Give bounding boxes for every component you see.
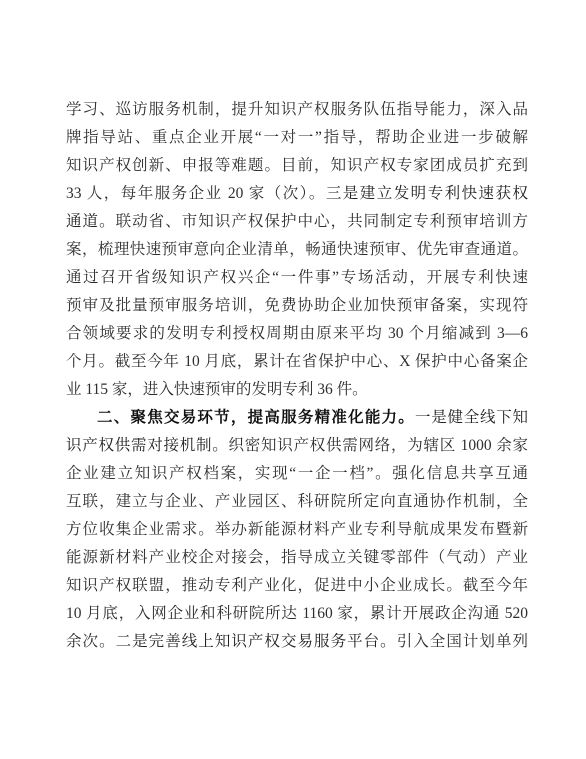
body-text-segment: 个月。截至今年 10 月底，累计在省保护中心、X 保护中心备案企	[66, 353, 528, 370]
body-text-segment: 通过召开省级知识产权兴企“一件事”专场活动，开展专利快速	[66, 269, 528, 286]
text-line: 知识产权联盟，推动专利产业化，促进中小企业成长。截至今年	[66, 572, 528, 600]
body-text-segment: 预审及批量预审服务培训，免费协助企业加快预审备案，实现符	[66, 297, 528, 314]
text-line: 合领域要求的发明专利授权周期由原来平均 30 个月缩减到 3—6	[66, 320, 528, 348]
text-line: 牌指导站、重点企业开展“一对一”指导，帮助企业进一步破解	[66, 124, 528, 152]
body-text-segment: 联动省、市知识产权保护中心，共同制定专利预审培训方	[116, 213, 528, 230]
text-line: 学习、巡访服务机制，提升知识产权服务队伍指导能力，深入品	[66, 96, 528, 124]
body-text-segment: 引入全国计划单列	[397, 633, 528, 650]
text-line: 10 月底，入网企业和科研院所达 1160 家，累计开展政企沟通 520	[66, 600, 528, 628]
body-text-segment: 学习、巡访服务机制，提升知识产权服务队伍指导能力，深入品	[66, 101, 528, 118]
text-line: 企业建立知识产权档案，实现“一企一档”。强化信息共享互通	[66, 460, 528, 488]
text-line: 案，梳理快速预审意向企业清单，畅通快速预审、优先审查通道。	[66, 236, 528, 264]
text-line: 余次。二是完善线上知识产权交易服务平台。引入全国计划单列	[66, 628, 528, 656]
text-line: 互联，建立与企业、产业园区、科研院所定向直通协作机制，全	[66, 488, 528, 516]
emphasis-segment: 通道。	[66, 213, 116, 230]
body-text-segment: 知识产权创新、申报等难题。目前，知识产权专家团成员扩充到	[66, 157, 528, 174]
body-text-segment: 牌指导站、重点企业开展“一对一”指导，帮助企业进一步破解	[66, 129, 528, 146]
text-line: 通道。联动省、市知识产权保护中心，共同制定专利预审培训方	[66, 208, 528, 236]
body-text-segment: 方位收集企业需求。举办新能源材料产业专利导航成果发布暨新	[66, 521, 528, 538]
body-text-segment: 33 人，每年服务企业 20 家（次）。	[66, 185, 326, 202]
body-text-segment: 合领域要求的发明专利授权周期由原来平均 30 个月缩减到 3—6	[66, 325, 528, 342]
body-text-segment: 10 月底，入网企业和科研院所达 1160 家，累计开展政企沟通 520	[66, 605, 528, 622]
body-text-segment: 企业建立知识产权档案，实现“一企一档”。强化信息共享互通	[66, 465, 528, 482]
text-line: 预审及批量预审服务培训，免费协助企业加快预审备案，实现符	[66, 292, 528, 320]
emphasis-segment: 三是建立发明专利快速获权	[326, 185, 528, 202]
body-text-segment: 能源新材料产业校企对接会，指导成立关键零部件（气动）产业	[66, 549, 528, 566]
text-line: 个月。截至今年 10 月底，累计在省保护中心、X 保护中心备案企	[66, 348, 528, 376]
body-text-segment: 案，梳理快速预审意向企业清单，畅通快速预审、优先审查通道。	[66, 241, 528, 258]
body-text-segment: 余次。	[66, 633, 116, 650]
text-line: 识产权供需对接机制。织密知识产权供需网络，为辖区 1000 余家	[66, 432, 528, 460]
text-line: 知识产权创新、申报等难题。目前，知识产权专家团成员扩充到	[66, 152, 528, 180]
document-page: 学习、巡访服务机制，提升知识产权服务队伍指导能力，深入品牌指导站、重点企业开展“…	[0, 0, 586, 759]
text-line: 33 人，每年服务企业 20 家（次）。三是建立发明专利快速获权	[66, 180, 528, 208]
body-text-segment: 互联，建立与企业、产业园区、科研院所定向直通协作机制，全	[66, 493, 528, 510]
body-text-segment: 业 115 家，进入快速预审的发明专利 36 件。	[66, 381, 368, 398]
text-line: 能源新材料产业校企对接会，指导成立关键零部件（气动）产业	[66, 544, 528, 572]
emphasis-segment: 二是完善线上知识产权交易服务平台。	[116, 633, 397, 650]
text-line: 方位收集企业需求。举办新能源材料产业专利导航成果发布暨新	[66, 516, 528, 544]
document-body: 学习、巡访服务机制，提升知识产权服务队伍指导能力，深入品牌指导站、重点企业开展“…	[66, 96, 528, 656]
text-line: 通过召开省级知识产权兴企“一件事”专场活动，开展专利快速	[66, 264, 528, 292]
emphasis-segment: 一是健全线下知	[415, 409, 528, 426]
text-line: 二、聚焦交易环节，提高服务精准化能力。一是健全线下知	[66, 404, 528, 432]
section-heading-segment: 二、聚焦交易环节，提高服务精准化能力。	[97, 409, 415, 426]
body-text-segment: 织密知识产权供需网络，为辖区 1000 余家	[229, 437, 528, 454]
text-line: 业 115 家，进入快速预审的发明专利 36 件。	[66, 376, 528, 404]
emphasis-segment: 识产权供需对接机制。	[66, 437, 229, 454]
body-text-segment: 知识产权联盟，推动专利产业化，促进中小企业成长。截至今年	[66, 577, 528, 594]
